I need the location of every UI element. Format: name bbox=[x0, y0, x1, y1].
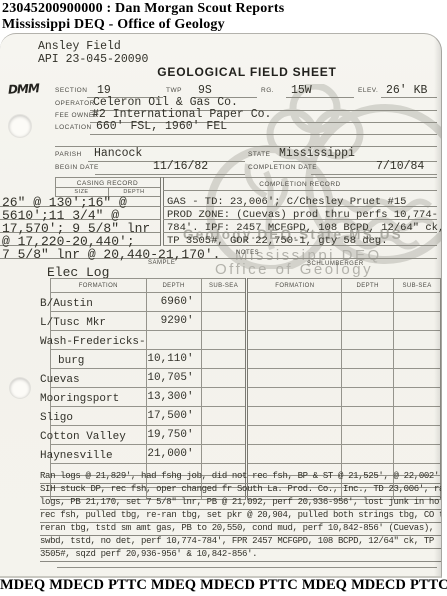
begin-date-label: BEGIN DATE bbox=[55, 164, 99, 171]
elev-label: ELEV. bbox=[358, 87, 378, 94]
remarks-line: rec fsh, pulled tbg, re-ran tbg, set pkr… bbox=[40, 510, 442, 523]
notes-label: NOTES bbox=[236, 250, 259, 256]
col-header: SUB-SEA bbox=[394, 279, 441, 293]
begin-date-rule bbox=[95, 174, 245, 175]
formation-cell: Mooringsport bbox=[40, 393, 119, 405]
operator-label: OPERATOR bbox=[55, 100, 95, 107]
scanned-field-sheet: Geology.DEQ.State.MS.US Mississippi DEQ … bbox=[0, 33, 442, 578]
formation-cell: Wash-Fredericks- bbox=[40, 336, 146, 348]
state-label: STATE bbox=[248, 151, 270, 158]
api-number: API 23-045-20090 bbox=[38, 53, 148, 66]
depth-cell: 10,110' bbox=[147, 353, 201, 365]
casing-line: 7 5/8" lnr @ 20,440-21,170'. bbox=[2, 247, 220, 262]
formation-cell: Sligo bbox=[40, 412, 73, 424]
remarks-line: Ran logs @ 21,829', had fshg job, did no… bbox=[40, 471, 442, 484]
col-header: DEPTH bbox=[146, 279, 201, 293]
location-label: LOCATION bbox=[55, 124, 92, 131]
completion-row-rule bbox=[232, 258, 437, 259]
depth-cell: 10,705' bbox=[147, 372, 201, 384]
remarks-line: logs, PB 21,170, set 7 5/8" lnr, PB @ 21… bbox=[40, 497, 442, 510]
elev-value: 26' KB bbox=[386, 84, 427, 97]
rg-label: RG. bbox=[261, 87, 274, 94]
formation-table-header: FORMATION DEPTH SUB-SEA FORMATION DEPTH … bbox=[51, 279, 441, 293]
table-row: Haynesville 21,000' bbox=[51, 445, 441, 464]
formation-cell: L/Tusc Mkr bbox=[40, 317, 106, 329]
location-rule bbox=[90, 134, 437, 135]
hole-punch-bottom bbox=[10, 378, 30, 398]
completion-line: PROD ZONE: (Cuevas) prod thru perfs 10,7… bbox=[167, 209, 438, 221]
state-value: Mississippi bbox=[279, 147, 355, 160]
completion-title-rule bbox=[163, 190, 437, 191]
table-row: Mooringsport 13,300' bbox=[51, 388, 441, 407]
formation-cell: burg bbox=[58, 355, 84, 367]
section-label: SECTION bbox=[55, 87, 87, 94]
table-row: Wash-Fredericks- bbox=[51, 331, 441, 350]
blank-rule bbox=[57, 567, 437, 568]
formation-cell: Haynesville bbox=[40, 450, 113, 462]
formation-cell: Cotton Valley bbox=[40, 431, 126, 443]
sample-label: SAMPLE bbox=[148, 260, 175, 266]
handwritten-initials: DMM bbox=[8, 81, 40, 97]
footer-watermark: MDEQ MDECD PTTC MDEQ MDECD PTTC MDEQ MDE… bbox=[0, 577, 447, 594]
begin-date-value: 11/16/82 bbox=[153, 160, 208, 173]
completion-line: GAS - TD: 23,006'; C/Chesley Pruet #15 bbox=[167, 196, 406, 208]
record-section-top-rule bbox=[55, 177, 437, 178]
casing-record-title: CASING RECORD bbox=[55, 180, 160, 187]
formation-cell: Cuevas bbox=[40, 374, 80, 386]
completion-date-label: COMPLETION DATE bbox=[248, 164, 317, 171]
depth-cell: 9290' bbox=[147, 315, 201, 327]
completion-record-title: COMPLETION RECORD bbox=[163, 181, 437, 188]
table-row: L/Tusc Mkr 9290' bbox=[51, 312, 441, 331]
depth-cell: 17,500' bbox=[147, 410, 201, 422]
rg-value: 15W bbox=[291, 84, 312, 97]
field-name: Ansley Field bbox=[38, 40, 121, 53]
col-header: FORMATION bbox=[51, 279, 147, 293]
depth-cell: 21,000' bbox=[147, 448, 201, 460]
col-header: DEPTH bbox=[342, 279, 394, 293]
remarks-line: SIH stuck DP, rec fsh, oper changed fr S… bbox=[40, 484, 442, 497]
table-row: Cotton Valley 19,750' bbox=[51, 426, 441, 445]
rg-rule bbox=[286, 97, 354, 98]
agency-title: Mississippi DEQ - Office of Geology bbox=[2, 17, 225, 33]
table-row: B/Austin 6960' bbox=[51, 293, 441, 312]
twp-label: TWP bbox=[166, 87, 182, 94]
formation-table: FORMATION DEPTH SUB-SEA FORMATION DEPTH … bbox=[50, 278, 441, 500]
col-header: SUB-SEA bbox=[201, 279, 247, 293]
sheet-title: GEOLOGICAL FIELD SHEET bbox=[147, 65, 347, 79]
parish-label: PARISH bbox=[55, 151, 82, 158]
completion-date-rule bbox=[311, 174, 437, 175]
remarks-line: 3505#, sqzd perf 20,936-956' & 10,842-85… bbox=[40, 549, 442, 562]
table-row: Sligo 17,500' bbox=[51, 407, 441, 426]
completion-date-value: 7/10/84 bbox=[376, 160, 424, 173]
location-value: 660' FSL, 1960' FEL bbox=[96, 120, 227, 133]
completion-line: 784'. IPF: 2457 MCFGPD, 108 BCPD, 12/64"… bbox=[167, 222, 442, 234]
col-header: FORMATION bbox=[247, 279, 342, 293]
remarks-line: swbd, tstd, no det, perf 10,774-784', FP… bbox=[40, 536, 442, 549]
parish-value: Hancock bbox=[94, 147, 142, 160]
formation-cell: B/Austin bbox=[40, 298, 93, 310]
depth-cell: 19,750' bbox=[147, 429, 201, 441]
depth-cell: 13,300' bbox=[147, 391, 201, 403]
completion-line: TP 3505#, GOR 22,750-1, gty 58 deg. bbox=[167, 235, 388, 247]
elev-rule bbox=[381, 97, 437, 98]
scout-report-page: 23045200900000 : Dan Morgan Scout Report… bbox=[0, 0, 447, 596]
table-row: Cuevas 10,705' bbox=[51, 369, 441, 388]
table-row: burg 10,110' bbox=[51, 350, 441, 369]
report-id-title: 23045200900000 : Dan Morgan Scout Report… bbox=[2, 1, 284, 17]
hole-punch-top bbox=[9, 115, 31, 137]
depth-cell: 6960' bbox=[147, 296, 201, 308]
schlumberger-label: SCHLUMBERGER bbox=[307, 261, 364, 267]
remarks-line: reran tbg, tstd sm amt gas, PB to 20,550… bbox=[40, 523, 442, 536]
